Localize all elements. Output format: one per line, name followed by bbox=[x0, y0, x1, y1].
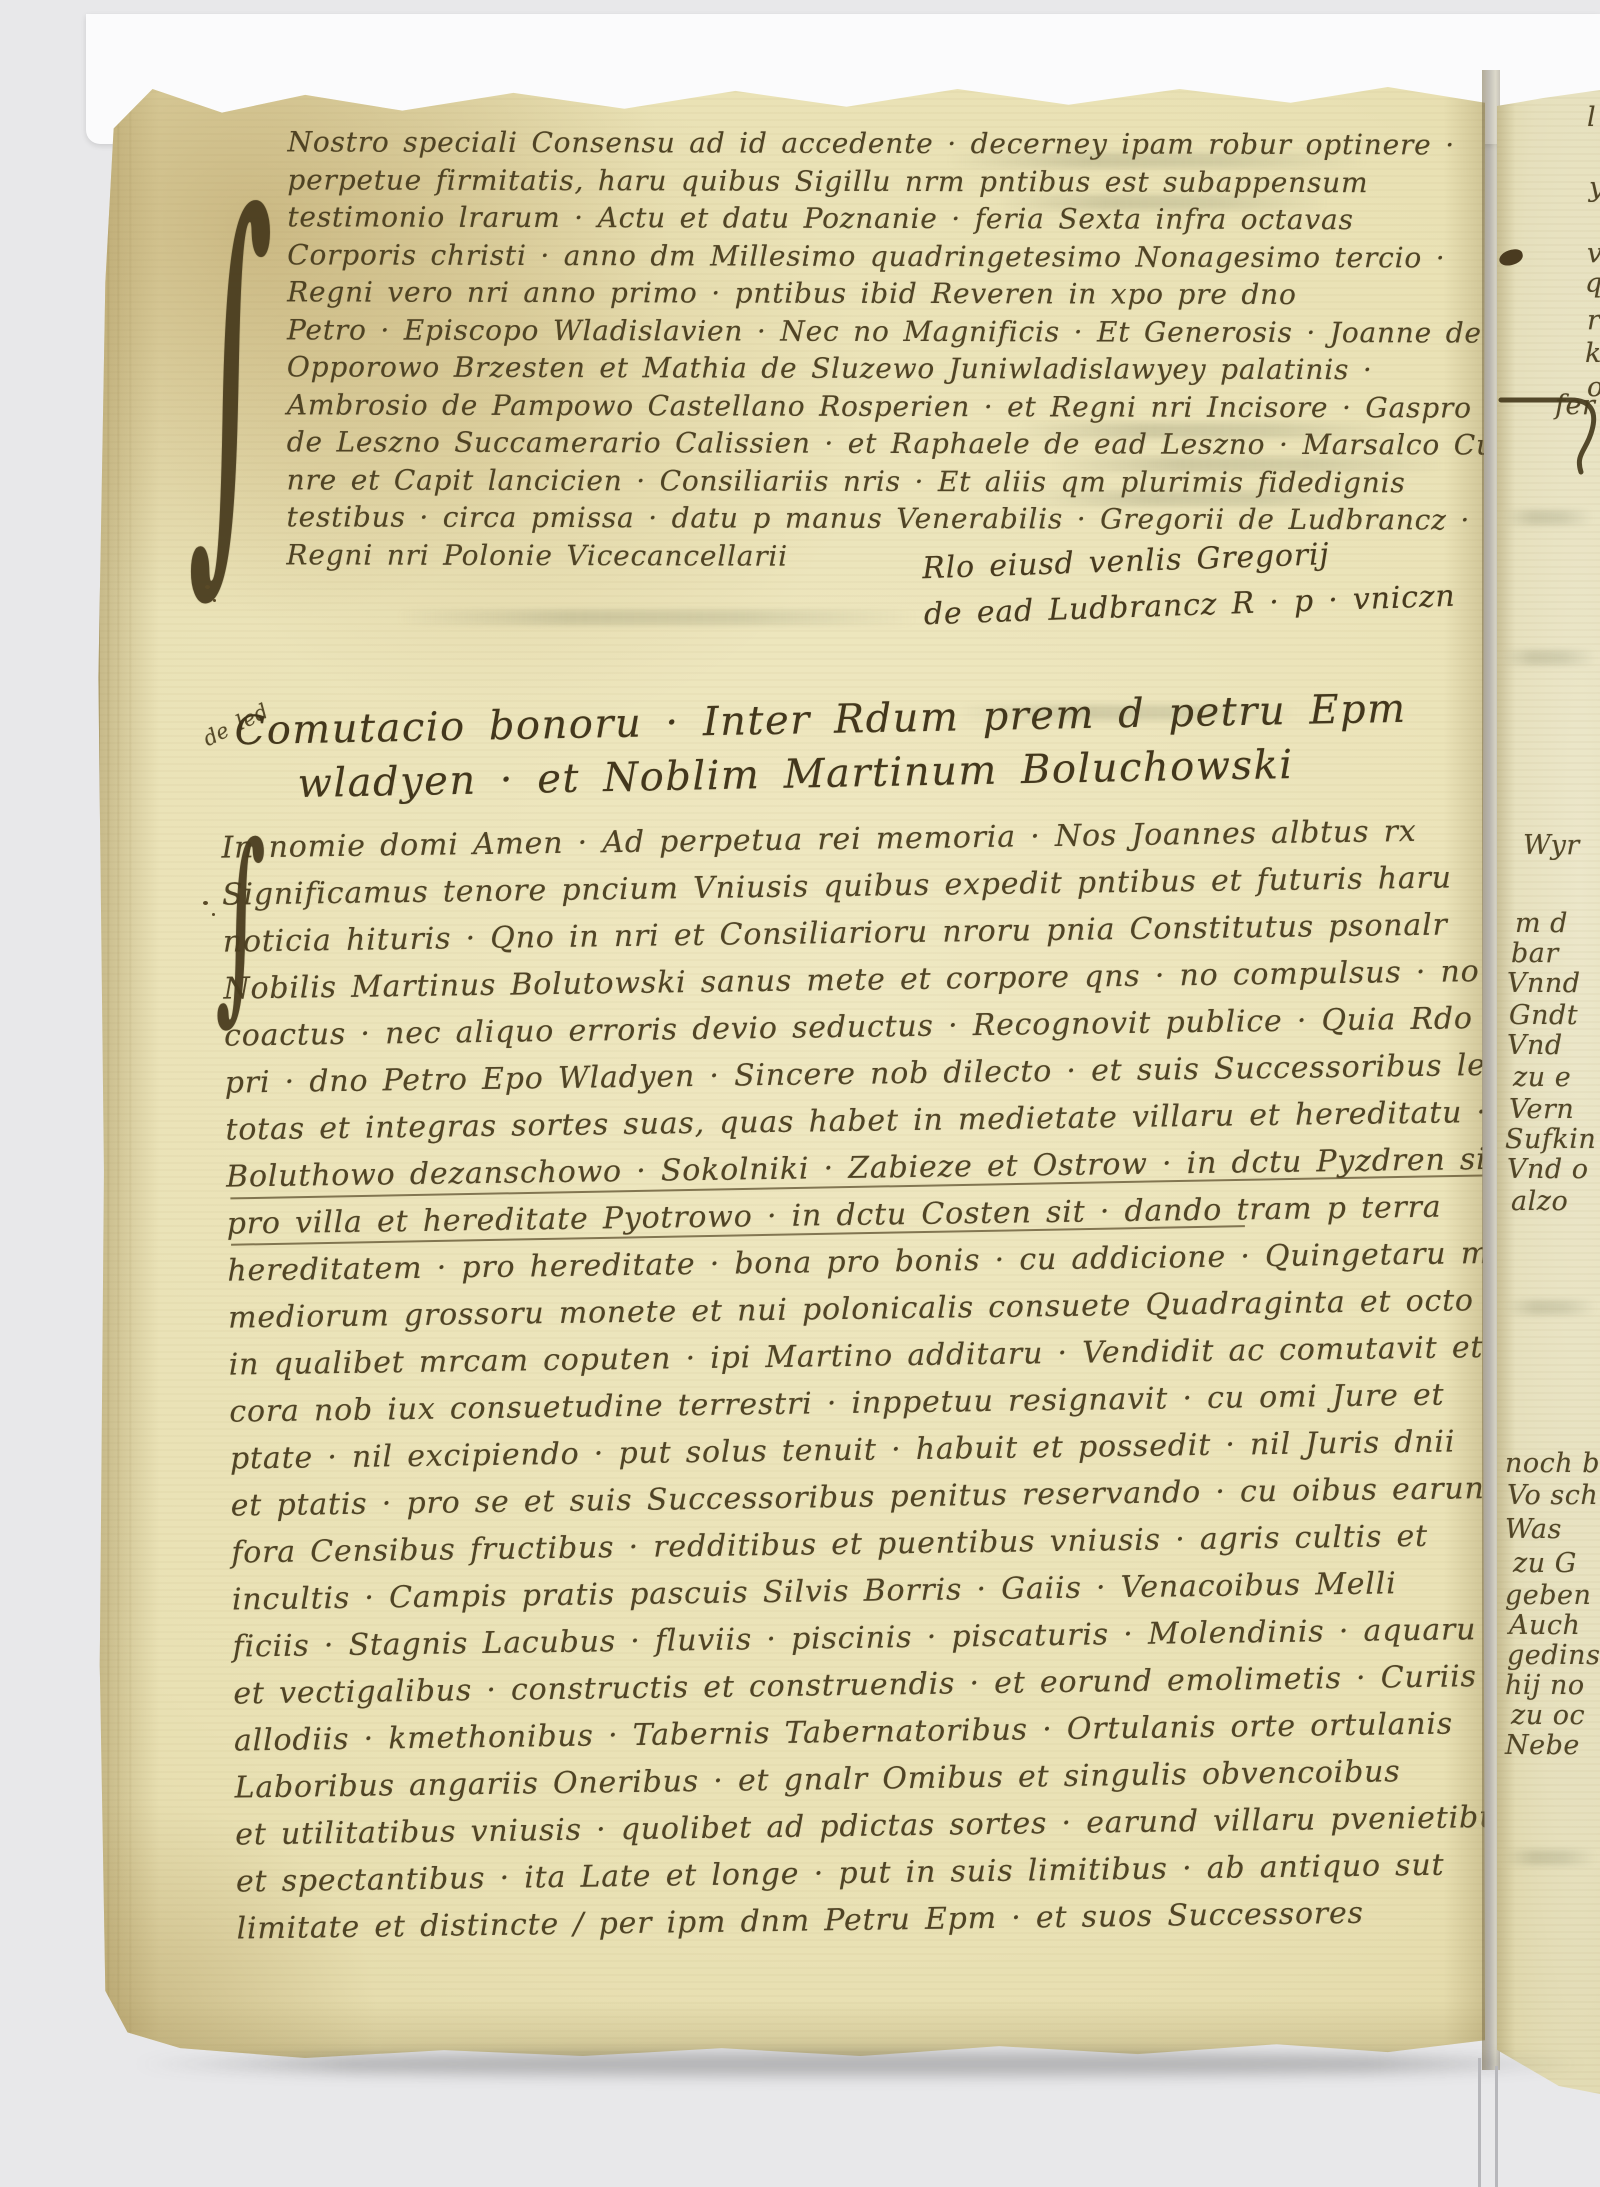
neighbor-line-fragment: q bbox=[1585, 268, 1600, 299]
bleedthrough-smudge bbox=[1501, 650, 1596, 665]
neighbor-line-fragment: Vo sch bbox=[1507, 1480, 1598, 1511]
neighbor-line-fragment: Vern bbox=[1509, 1094, 1574, 1125]
ink-speck bbox=[203, 901, 208, 905]
text-line: Nostro speciali Consensu ad id accedente… bbox=[287, 123, 1536, 164]
neighbor-line-fragment: gedinst bbox=[1507, 1640, 1600, 1671]
closing-paragraph: Nostro speciali Consensu ad id accedente… bbox=[286, 123, 1537, 576]
text-line: de Leszno Succamerario Calissien · et Ra… bbox=[287, 423, 1536, 464]
neighbor-line-fragment: hij no bbox=[1505, 1670, 1585, 1701]
neighbor-line-fragment: Vnd o bbox=[1507, 1154, 1589, 1185]
neighbor-line-fragment: y bbox=[1589, 172, 1600, 203]
neighbor-line-fragment: Auch bbox=[1509, 1610, 1580, 1641]
ink-speck bbox=[213, 599, 216, 602]
initial-flourish: ∫ bbox=[187, 123, 276, 635]
text-line: nre et Capit lancicien · Consiliariis nr… bbox=[287, 461, 1536, 502]
entry-heading: Comutacio bonoru · Inter Rdum prem d pet… bbox=[234, 682, 1408, 812]
neighbor-line-fragment: o bbox=[1587, 372, 1600, 403]
neighbor-line-fragment: zu G bbox=[1513, 1548, 1577, 1579]
entry-body: In nomie domi Amen · Ad perpetua rei mem… bbox=[221, 805, 1600, 1952]
text-line: Petro · Episcopo Wladislavien · Nec no M… bbox=[287, 311, 1536, 352]
neighbor-line-fragment: l bbox=[1587, 102, 1596, 133]
chancery-subscription: Rlo eiusd venlis Gregorijde ead Ludbranc… bbox=[922, 528, 1457, 639]
text-line: testimonio lrarum · Actu et datu Poznani… bbox=[287, 198, 1536, 239]
neighbor-line-fragment: alzo bbox=[1511, 1186, 1568, 1217]
bleedthrough-smudge bbox=[397, 610, 917, 625]
neighbor-line-fragment: Sufkin bbox=[1505, 1124, 1596, 1155]
text-line: Regni vero nri anno primo · pntibus ibid… bbox=[287, 273, 1536, 314]
neighbor-line-fragment: zu e bbox=[1513, 1062, 1571, 1093]
page-shadow bbox=[130, 2052, 1590, 2076]
manuscript-page-left: ∫ Nostro speciali Consensu ad id acceden… bbox=[97, 85, 1485, 2060]
bleedthrough-smudge bbox=[1503, 1850, 1595, 1865]
bleedthrough-smudge bbox=[1505, 1300, 1595, 1315]
neighbor-line-fragment: noch b bbox=[1505, 1448, 1600, 1479]
text-line: Ambrosio de Pampowo Castellano Rosperien… bbox=[287, 386, 1536, 427]
neighbor-line-fragment: bar bbox=[1511, 938, 1559, 969]
neighbor-line-fragment: Vnd bbox=[1507, 1030, 1563, 1061]
page-stack-edge bbox=[97, 85, 143, 2060]
neighbor-line-fragment: zu oc bbox=[1511, 1700, 1585, 1731]
neighbor-line-fragment: r bbox=[1587, 305, 1600, 336]
ink-speck bbox=[212, 913, 215, 916]
ink-blot bbox=[1498, 248, 1525, 268]
neighbor-line-fragment: Was bbox=[1505, 1514, 1562, 1545]
neighbor-line-fragment: Vnnd bbox=[1507, 968, 1581, 999]
neighbor-line-fragment: Gndt bbox=[1509, 1000, 1578, 1031]
neighbor-line-fragment: Nebe bbox=[1505, 1730, 1580, 1761]
ribbon-edge bbox=[1495, 2066, 1498, 2187]
ribbon-edge bbox=[1478, 2058, 1481, 2187]
neighbor-line-fragment: v bbox=[1587, 238, 1600, 269]
neighbor-line-fragment: k bbox=[1585, 338, 1600, 369]
manuscript-page-right: fer lyvqrkoWyrm dbarVnndGndtVndzu eVernS… bbox=[1497, 90, 1600, 2094]
scanned-book-photo: ∫ Nostro speciali Consensu ad id acceden… bbox=[0, 0, 1600, 2187]
text-line: Corporis christi · anno dm Millesimo qua… bbox=[287, 236, 1536, 277]
text-line: Opporowo Brzesten et Mathia de Sluzewo J… bbox=[287, 348, 1536, 389]
bleedthrough-smudge bbox=[1503, 510, 1593, 525]
neighbor-line-fragment: Wyr bbox=[1523, 830, 1580, 861]
neighbor-line-fragment: geben bbox=[1505, 1580, 1591, 1611]
neighbor-line-fragment: m d bbox=[1515, 908, 1568, 939]
ink-speck bbox=[205, 585, 210, 589]
text-line: perpetue firmitatis, haru quibus Sigillu… bbox=[287, 161, 1536, 202]
